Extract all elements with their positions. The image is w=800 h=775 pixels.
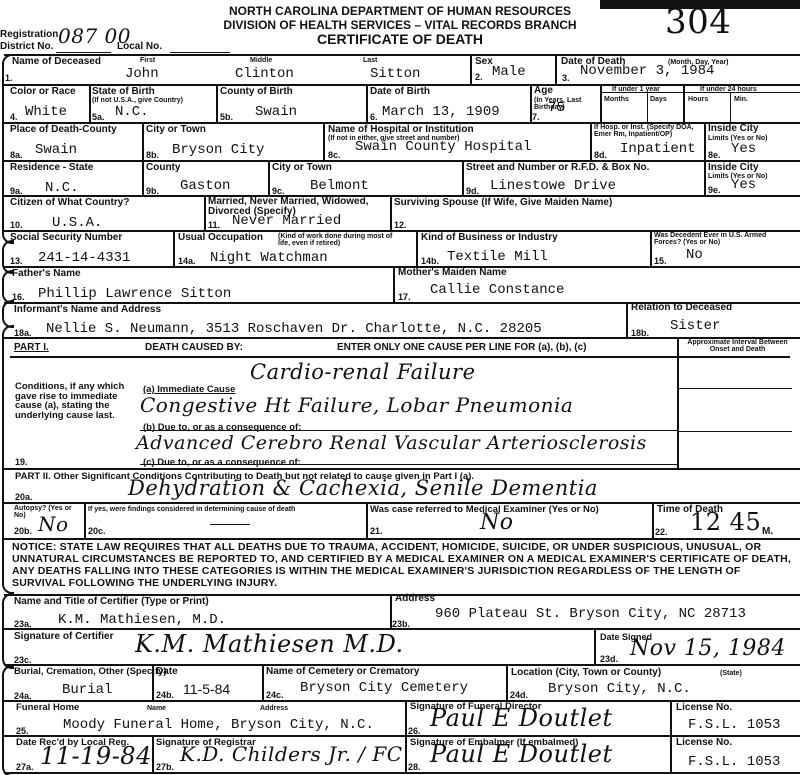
- rule: [262, 664, 264, 700]
- field-number: 23d.: [600, 654, 618, 664]
- field-number: 18b.: [631, 328, 649, 338]
- age-hint: (In Years, Last Birthday): [534, 97, 604, 111]
- registrar-signature: K.D. Childers Jr. / FC: [180, 742, 403, 766]
- date-received-value: 11-19-84: [40, 742, 152, 770]
- place-of-death-city-value: Bryson City: [172, 142, 264, 158]
- rule: [405, 700, 407, 772]
- rule: [594, 628, 596, 664]
- residence-state-value: N.C.: [45, 180, 79, 196]
- business-label: Kind of Business or Industry: [421, 233, 558, 243]
- father-value: Phillip Lawrence Sitton: [38, 286, 231, 302]
- informant-value: Nellie S. Neumann, 3513 Roschaven Dr. Ch…: [46, 321, 542, 337]
- medical-examiner-value: No: [480, 510, 514, 535]
- county-of-birth-value: Swain: [255, 104, 297, 120]
- rule: [650, 230, 652, 266]
- license-value: F.S.L. 1053: [688, 717, 780, 733]
- state-label: (State): [720, 670, 742, 677]
- rule: [366, 502, 368, 538]
- field-number: 23a.: [14, 619, 32, 629]
- conditions-text: Conditions, if any which gave rise to im…: [15, 382, 140, 420]
- sex-label: Sex: [475, 57, 493, 67]
- rule: [647, 92, 648, 122]
- rule: [173, 230, 175, 266]
- days-label: Days: [650, 96, 667, 103]
- disposition-method-label: Burial, Cremation, Other (Specify): [14, 667, 167, 677]
- father-label: Father's Name: [12, 269, 81, 279]
- rule: [590, 122, 592, 160]
- field-number: 19.: [15, 457, 28, 467]
- disposition-date-value: 11-5-84: [183, 681, 230, 697]
- field-number: 28.: [408, 762, 421, 772]
- certifier-address-value: 960 Plateau St. Bryson City, NC 28713: [435, 606, 746, 622]
- rule: [204, 195, 206, 230]
- rule: [652, 502, 654, 538]
- legal-notice: NOTICE: STATE LAW REQUIRES THAT ALL DEAT…: [12, 541, 792, 589]
- rule: [390, 195, 392, 230]
- rule: [4, 538, 800, 540]
- county-of-birth-label: County of Birth: [220, 87, 293, 97]
- inside-city-label: Inside City: [708, 124, 759, 134]
- cemetery-value: Bryson City Cemetery: [300, 680, 468, 696]
- field-number: 7.: [532, 112, 540, 122]
- residence-state-label: Residence - State: [10, 163, 93, 173]
- frame-bracket: [2, 300, 14, 328]
- state-of-birth-value: N.C.: [115, 104, 149, 120]
- rule: [84, 502, 86, 538]
- residence-city-value: Belmont: [310, 178, 369, 194]
- field-number: 5a.: [92, 112, 105, 122]
- last-name-value: Sitton: [370, 66, 420, 82]
- district-underline: [56, 52, 111, 53]
- field-number: 14b.: [421, 256, 439, 266]
- armed-forces-value: No: [686, 247, 703, 263]
- city-or-town-label: City or Town: [146, 125, 206, 135]
- rule: [677, 431, 792, 432]
- rule: [730, 92, 731, 122]
- hospital-value: Swain County Hospital: [355, 139, 531, 155]
- field-number: 9a.: [10, 186, 23, 196]
- rule: [670, 700, 672, 772]
- sex-value: Male: [492, 64, 526, 80]
- rule: [506, 664, 508, 700]
- first-name-value: John: [125, 66, 159, 82]
- rule: [89, 84, 91, 122]
- rule: [470, 54, 472, 84]
- part-1-label: PART I.: [14, 343, 49, 353]
- citizen-label: Citizen of What Country?: [10, 198, 129, 208]
- field-number: 23c.: [14, 655, 32, 665]
- field-number: 9b.: [146, 186, 159, 196]
- place-of-death-county-label: Place of Death-County: [10, 125, 117, 135]
- rule: [152, 735, 154, 772]
- due-to-b-value: Advanced Cerebro Renal Vascular Arterios…: [136, 432, 647, 454]
- date-of-birth-value: March 13, 1909: [382, 104, 500, 120]
- field-number: 21.: [370, 526, 383, 536]
- field-number: 6.: [370, 112, 378, 122]
- rule: [210, 524, 250, 525]
- field-number: 2.: [475, 72, 483, 82]
- under-24-hours-label: If under 24 hours: [700, 86, 757, 93]
- field-number: 24d.: [510, 690, 528, 700]
- due-to-c-label: (c) Due to, or as a consequence of:: [143, 458, 301, 468]
- middle-name-value: Clinton: [235, 66, 294, 82]
- field-number: 26.: [408, 726, 421, 736]
- field-number: 27b.: [156, 762, 174, 772]
- rule: [704, 122, 706, 195]
- hospital-label: Name of Hospital or Institution: [328, 125, 474, 135]
- registration-label: Registration: [0, 30, 58, 40]
- rule: [555, 54, 557, 84]
- license-label: License No.: [676, 738, 732, 748]
- field-number: 20c.: [88, 526, 106, 536]
- field-number: 27a.: [16, 762, 34, 772]
- field-number: 10.: [10, 220, 23, 230]
- field-number: 22.: [655, 527, 668, 537]
- field-number: 8b.: [146, 150, 159, 160]
- local-label: Local No.: [117, 42, 162, 52]
- funeral-address-label: Address: [260, 705, 288, 712]
- race-label: Color or Race: [10, 87, 76, 97]
- field-number: 24b.: [156, 690, 174, 700]
- state-of-birth-hint: (If not U.S.A., give Country): [92, 97, 212, 104]
- date-of-death-value: November 3, 1984: [580, 63, 714, 79]
- street-value: Linestowe Drive: [490, 178, 616, 194]
- license-label: License No.: [676, 703, 732, 713]
- residence-county-value: Gaston: [180, 178, 230, 194]
- hours-label: Hours: [688, 96, 708, 103]
- header-division: DIVISION OF HEALTH SERVICES – VITAL RECO…: [205, 18, 595, 32]
- rule: [366, 84, 368, 122]
- frame-bracket: [2, 593, 14, 669]
- field-number: 11.: [208, 220, 220, 230]
- occupation-hint: (Kind of work done during most of life, …: [278, 233, 396, 247]
- field-number: 9e.: [708, 185, 721, 195]
- inside-city-8e-value: Yes: [731, 141, 756, 157]
- rule: [677, 388, 792, 389]
- disposition-date-label: Date: [156, 667, 178, 677]
- mother-label: Mother's Maiden Name: [398, 268, 507, 278]
- residence-county-label: County: [146, 163, 180, 173]
- field-number: 8e.: [708, 150, 721, 160]
- field-number: 24c.: [266, 690, 284, 700]
- field-number: 4.: [10, 112, 18, 122]
- rule: [4, 160, 800, 162]
- interval-label: Approximate Interval Between Onset and D…: [680, 339, 795, 353]
- residence-city-label: City or Town: [272, 163, 332, 173]
- district-label: District No.: [0, 42, 53, 52]
- time-of-death-suffix: M.: [762, 527, 773, 537]
- date-signed-value: Nov 15, 1984: [630, 636, 786, 661]
- marital-status-value: Never Married: [232, 213, 341, 229]
- funeral-director-signature: Paul E Doutlet: [430, 704, 613, 732]
- certifier-address-label: Address: [395, 594, 435, 604]
- local-underline: [170, 52, 230, 53]
- rule: [142, 160, 144, 195]
- embalmer-signature: Paul E Doutlet: [430, 740, 613, 768]
- ssn-label: Social Security Number: [10, 233, 122, 243]
- race-value: White: [25, 104, 67, 120]
- min-label: Min.: [734, 96, 748, 103]
- middle-label: Middle: [250, 57, 272, 64]
- informant-label: Informant's Name and Address: [14, 305, 161, 315]
- rule: [677, 337, 679, 468]
- certifier-signature: K.M. Mathiesen M.D.: [135, 630, 404, 658]
- field-number: 9d.: [466, 186, 479, 196]
- surviving-spouse-label: Surviving Spouse (If Wife, Give Maiden N…: [394, 198, 612, 208]
- ssn-value: 241-14-4331: [38, 250, 130, 266]
- field-number: 20b.: [14, 526, 32, 536]
- field-number: 16.: [12, 292, 25, 302]
- cause-instruction: ENTER ONLY ONE CAUSE PER LINE FOR (a), (…: [337, 343, 586, 353]
- age-label: Age: [534, 86, 553, 96]
- field-number: 24a.: [14, 691, 32, 701]
- certificate-number: 304: [665, 2, 731, 42]
- page-title: CERTIFICATE OF DEATH: [205, 31, 595, 47]
- field-number: 14a.: [178, 256, 196, 266]
- rule: [4, 54, 800, 56]
- disposition-method-value: Burial: [62, 682, 112, 698]
- mother-value: Callie Constance: [430, 282, 564, 298]
- citizen-value: U.S.A.: [52, 215, 102, 231]
- occupation-label: Usual Occupation: [178, 233, 263, 243]
- hospital-type-value: Inpatient: [620, 141, 696, 157]
- months-label: Months: [604, 96, 629, 103]
- field-number: 20a.: [15, 492, 33, 502]
- field-number: 5b.: [220, 112, 233, 122]
- certifier-signature-label: Signature of Certifier: [14, 632, 113, 642]
- rule: [4, 772, 800, 774]
- rule: [626, 302, 628, 337]
- autopsy-value: No: [38, 512, 69, 536]
- date-of-birth-label: Date of Birth: [370, 87, 430, 97]
- rule: [416, 230, 418, 266]
- rule: [268, 160, 270, 195]
- rule: [462, 160, 464, 195]
- field-number: 18a.: [14, 328, 32, 338]
- cemetery-label: Name of Cemetery or Crematory: [266, 667, 419, 677]
- certifier-name-value: K.M. Mathiesen, M.D.: [58, 612, 226, 628]
- field-number: 1.: [5, 73, 13, 83]
- time-of-death-value: 12 45: [690, 508, 761, 536]
- street-label: Street and Number or R.F.D. & Box No.: [466, 163, 649, 173]
- field-number: 8d.: [594, 150, 607, 160]
- inside-city-label: Inside City: [708, 163, 759, 173]
- rule: [4, 468, 800, 470]
- funeral-name-label: Name: [147, 705, 166, 712]
- rule: [142, 122, 144, 160]
- inside-city-9e-value: Yes: [731, 177, 756, 193]
- occupation-value: Night Watchman: [210, 250, 328, 266]
- header-department: NORTH CAROLINA DEPARTMENT OF HUMAN RESOU…: [205, 4, 595, 18]
- license-2-value: F.S.L. 1053: [688, 754, 780, 770]
- rule: [152, 664, 154, 700]
- frame-bracket: [2, 665, 14, 775]
- death-caused-by-label: DEATH CAUSED BY:: [145, 343, 243, 353]
- findings-label: If yes, were findings considered in dete…: [88, 506, 295, 513]
- name-of-deceased-label: Name of Deceased: [12, 57, 101, 67]
- state-of-birth-label: State of Birth: [92, 87, 155, 97]
- immediate-cause-value: Cardio-renal Failure: [250, 360, 476, 384]
- field-number: 3.: [562, 73, 570, 83]
- age-value: 75: [548, 100, 565, 116]
- field-number: 23b.: [392, 619, 410, 629]
- field-number: 8a.: [10, 150, 23, 160]
- rule: [683, 84, 685, 122]
- business-value: Textile Mill: [447, 249, 548, 265]
- part-2-value: Dehydration & Cachexia, Senile Dementia: [128, 476, 598, 500]
- field-number: 8c.: [328, 150, 341, 160]
- funeral-home-label: Funeral Home: [16, 703, 79, 713]
- field-number: 12.: [394, 220, 407, 230]
- field-number: 17.: [398, 292, 411, 302]
- field-number: 15.: [654, 256, 667, 266]
- funeral-home-value: Moody Funeral Home, Bryson City, N.C.: [63, 717, 374, 733]
- rule: [10, 356, 790, 358]
- armed-forces-label: Was Decedent Ever in U.S. Armed Forces? …: [654, 232, 794, 246]
- field-number: 13.: [10, 256, 23, 266]
- immediate-cause-line2-value: Congestive Ht Failure, Lobar Pneumonia: [140, 393, 573, 417]
- location-value: Bryson City, N.C.: [548, 681, 691, 697]
- location-label: Location (City, Town or County): [511, 668, 661, 678]
- relation-label: Relation to Deceased: [631, 303, 732, 313]
- rule: [600, 84, 602, 122]
- rule: [393, 266, 395, 302]
- rule: [323, 122, 325, 160]
- hospital-type-label: If Hosp. or Inst. (Specify DOA, Emer Rm,…: [594, 124, 704, 138]
- last-label: Last: [363, 57, 377, 64]
- rule: [216, 84, 218, 122]
- certifier-name-label: Name and Title of Certifier (Type or Pri…: [14, 597, 209, 607]
- field-number: 9c.: [272, 186, 285, 196]
- place-of-death-county-value: Swain: [35, 142, 77, 158]
- field-number: 25.: [16, 726, 29, 736]
- relation-value: Sister: [670, 318, 720, 334]
- first-label: First: [140, 57, 155, 64]
